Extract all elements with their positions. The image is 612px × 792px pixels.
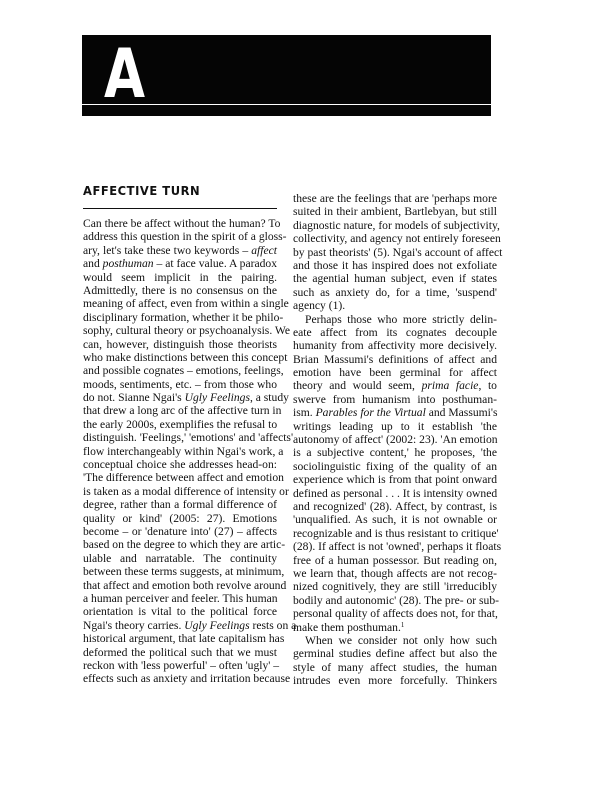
text-line: and posthuman – at face value. A paradox bbox=[83, 257, 277, 270]
text-line: theory and would seem, prima facie, to bbox=[293, 379, 497, 392]
right-text-column: these are the feelings that are 'perhaps… bbox=[293, 192, 497, 687]
text-line: Ngai's theory carries. Ugly Feelings res… bbox=[83, 619, 277, 632]
text-line: that drew a long arc of the affective tu… bbox=[83, 404, 277, 417]
text-line: become – or 'denature into' (27) – affec… bbox=[83, 525, 277, 538]
text-line: Can there be affect without the human? T… bbox=[83, 217, 277, 230]
text-line: ism. Parables for the Virtual and Massum… bbox=[293, 406, 497, 419]
text-line: these are the feelings that are 'perhaps… bbox=[293, 192, 497, 205]
text-line: sociolinguistic fixing of the quality of… bbox=[293, 460, 497, 473]
text-line: (28). If affect is not 'owned', perhaps … bbox=[293, 540, 497, 553]
text-line: suited in their ambient, Bartlebyan, but… bbox=[293, 205, 497, 218]
text-line: and recognized' (28). Affect, by contras… bbox=[293, 500, 497, 513]
text-line: address this question in the spirit of a… bbox=[83, 230, 277, 243]
text-line: reckon with 'less powerful' – often 'ugl… bbox=[83, 659, 277, 672]
text-line: and possible cognates – emotions, feelin… bbox=[83, 364, 277, 377]
text-line: who make distinctions between this conce… bbox=[83, 351, 277, 364]
text-line: meaning of affect, even from within a si… bbox=[83, 297, 277, 310]
heading-divider bbox=[83, 208, 277, 209]
text-line: personal quality of affects does not, fo… bbox=[293, 607, 497, 620]
text-line: defined as personal . . . It is intensit… bbox=[293, 487, 497, 500]
text-line: a human perceiver and feeler. This human bbox=[83, 592, 277, 605]
section-heading: AFFECTIVE TURN bbox=[83, 183, 261, 199]
text-line: quality or kind' (2005: 27). Emotions bbox=[83, 512, 277, 525]
text-line: historical argument, that late capitalis… bbox=[83, 632, 277, 645]
text-line: conceptual choice she addresses head-on: bbox=[83, 458, 277, 471]
text-line: free of a human possessor. But reading o… bbox=[293, 554, 497, 567]
left-text-column: Can there be affect without the human? T… bbox=[83, 217, 277, 686]
text-line: the agential human subject, even if stat… bbox=[293, 272, 497, 285]
text-line: flow interchangeably within Ngai's work,… bbox=[83, 445, 277, 458]
text-line: disciplinary formation, whether it be ph… bbox=[83, 311, 277, 324]
text-line: When we consider not only how such bbox=[293, 634, 497, 647]
text-line: is a subjective content,' he proposes, '… bbox=[293, 446, 497, 459]
text-line: between these terms suggests, at minimum… bbox=[83, 565, 277, 578]
text-line: germinal studies define affect but also … bbox=[293, 647, 497, 660]
text-line: emotion have been germinal for affect bbox=[293, 366, 497, 379]
text-line: intrudes even more forcefully. Thinkers bbox=[293, 674, 497, 687]
text-line: we learn that, though affects are not re… bbox=[293, 567, 497, 580]
text-line: agency (1). bbox=[293, 299, 497, 312]
text-line: autonomy of affect' (2002: 23). 'An emot… bbox=[293, 433, 497, 446]
text-line: and those it has inspired does not exfol… bbox=[293, 259, 497, 272]
text-line: the early 2000s, exemplifies the refusal… bbox=[83, 418, 277, 431]
text-line: effects such as anxiety and irritation b… bbox=[83, 672, 277, 685]
text-line: style of many affect studies, the human bbox=[293, 661, 497, 674]
text-line: humanity from affectivity more decisivel… bbox=[293, 339, 497, 352]
text-line: writings leading up to it establish 'the bbox=[293, 420, 497, 433]
text-line: Brian Massumi's definitions of affect an… bbox=[293, 353, 497, 366]
text-line: Perhaps those who more strictly delin- bbox=[293, 313, 497, 326]
text-line: that affect and emotion both revolve aro… bbox=[83, 579, 277, 592]
text-line: degree, rather than a formal difference … bbox=[83, 498, 277, 511]
text-line: would seem implicit in the pairing. bbox=[83, 271, 277, 284]
text-line: experience which is from that point onwa… bbox=[293, 473, 497, 486]
text-line: moods, sentiments, etc. – from those who bbox=[83, 378, 277, 391]
text-line: is taken as a modal difference of intens… bbox=[83, 485, 277, 498]
text-line: swerve from humanism into posthuman- bbox=[293, 393, 497, 406]
text-line: do not. Sianne Ngai's Ugly Feelings, a s… bbox=[83, 391, 277, 404]
text-line: can, however, distinguish those theorist… bbox=[83, 338, 277, 351]
text-line: orientation is vital to the political fo… bbox=[83, 605, 277, 618]
text-line: sophy, cultural theory or psychoanalysis… bbox=[83, 324, 277, 337]
text-line: diagnostic nature, for models of subject… bbox=[293, 219, 497, 232]
text-line: 'unqualified. As such, it is not ownable… bbox=[293, 513, 497, 526]
text-line: distinguish. 'Feelings,' 'emotions' and … bbox=[83, 431, 277, 444]
text-line: by past theorists' (5). Ngai's account o… bbox=[293, 246, 497, 259]
text-line: deformed the political such that we must bbox=[83, 646, 277, 659]
text-line: recognizable and is thus resistant to cr… bbox=[293, 527, 497, 540]
banner-rule bbox=[82, 104, 491, 105]
text-line: ary, let's take these two keywords – aff… bbox=[83, 244, 277, 257]
text-line: Admittedly, there is no consensus on the bbox=[83, 284, 277, 297]
text-line: make them posthuman.1 bbox=[293, 621, 497, 634]
text-line: ulable and narratable. The continuity bbox=[83, 552, 277, 565]
text-line: eate affect from its cognates decouple bbox=[293, 326, 497, 339]
text-line: nized cognitively, they are still 'irred… bbox=[293, 580, 497, 593]
text-line: collectivity, and agency not entirely fo… bbox=[293, 232, 497, 245]
text-line: based on the degree to which they are ar… bbox=[83, 538, 277, 551]
chapter-letter-banner: A bbox=[82, 35, 491, 116]
text-line: such as anxiety do, for a time, 'suspend… bbox=[293, 286, 497, 299]
text-line: 'The difference between affect and emoti… bbox=[83, 471, 277, 484]
text-line: bodily and autonomic' (28). The pre- or … bbox=[293, 594, 497, 607]
chapter-letter: A bbox=[104, 41, 145, 109]
